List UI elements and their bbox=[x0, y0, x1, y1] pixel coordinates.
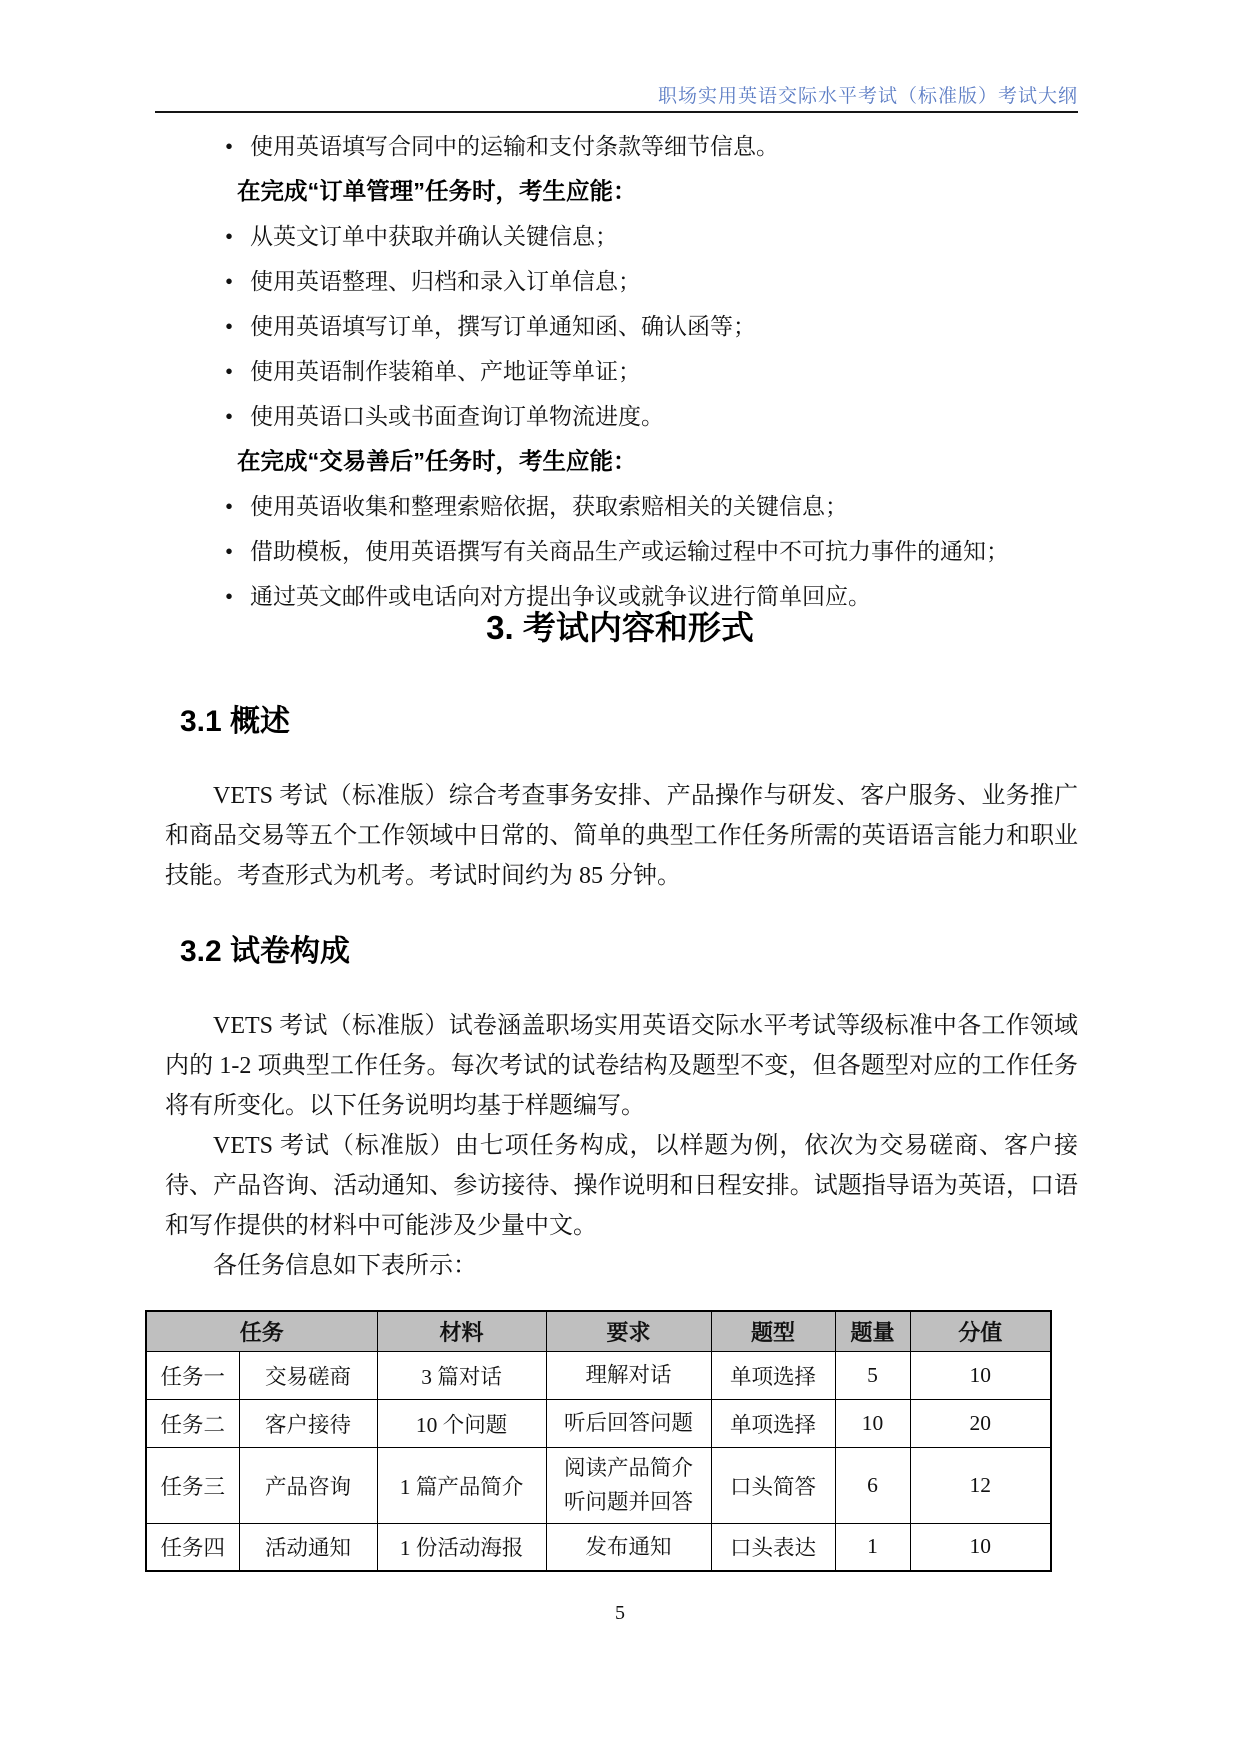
cell-material: 10 个问题 bbox=[377, 1399, 546, 1447]
subsection-title-3-1: 3.1 概述 bbox=[180, 696, 290, 740]
cell-question-type: 单项选择 bbox=[711, 1399, 835, 1447]
cell-task-id: 任务一 bbox=[146, 1351, 239, 1399]
cell-task-id: 任务三 bbox=[146, 1447, 239, 1523]
paragraph-text: VETS 考试（标准版）综合考查事务安排、产品操作与研发、客户服务、业务推广和商… bbox=[165, 776, 1078, 896]
list-item: 借助模板，使用英语撰写有关商品生产或运输过程中不可抗力事件的通知； bbox=[165, 529, 1095, 574]
header-divider-rule bbox=[155, 111, 1078, 113]
list-item-text: 使用英语整理、归档和录入订单信息； bbox=[250, 269, 641, 294]
skills-list: 使用英语填写合同中的运输和支付条款等细节信息。 在完成“订单管理”任务时，考生应… bbox=[165, 124, 1095, 619]
cell-task-name: 交易磋商 bbox=[239, 1351, 377, 1399]
column-header-question-type: 题型 bbox=[711, 1311, 835, 1351]
cell-task-name: 客户接待 bbox=[239, 1399, 377, 1447]
list-item: 使用英语填写订单，撰写订单通知函、确认函等； bbox=[165, 304, 1095, 349]
paragraph-text: 各任务信息如下表所示： bbox=[165, 1246, 1078, 1286]
cell-score: 12 bbox=[910, 1447, 1051, 1523]
list-item: 使用英语收集和整理索赔依据，获取索赔相关的关键信息； bbox=[165, 484, 1095, 529]
cell-score: 10 bbox=[910, 1351, 1051, 1399]
list-item-text: 借助模板，使用英语撰写有关商品生产或运输过程中不可抗力事件的通知； bbox=[250, 539, 1009, 564]
cell-requirement: 发布通知 bbox=[546, 1523, 711, 1571]
page-number: 5 bbox=[0, 1602, 1240, 1625]
section-title: 3. 考试内容和形式 bbox=[0, 602, 1240, 649]
list-item-text: 使用英语填写合同中的运输和支付条款等细节信息。 bbox=[250, 134, 779, 159]
subsection-title-3-2: 3.2 试卷构成 bbox=[180, 926, 350, 970]
list-item-text: 从英文订单中获取并确认关键信息； bbox=[250, 224, 618, 249]
cell-score: 10 bbox=[910, 1523, 1051, 1571]
column-header-count: 题量 bbox=[835, 1311, 910, 1351]
list-item: 从英文订单中获取并确认关键信息； bbox=[165, 214, 1095, 259]
column-header-task: 任务 bbox=[146, 1311, 377, 1351]
cell-material: 1 份活动海报 bbox=[377, 1523, 546, 1571]
list-item-text: 使用英语制作装箱单、产地证等单证； bbox=[250, 359, 641, 384]
cell-count: 10 bbox=[835, 1399, 910, 1447]
cell-requirement: 理解对话 bbox=[546, 1351, 711, 1399]
task-info-table: 任务 材料 要求 题型 题量 分值 任务一 交易磋商 3 篇对话 理解对话 单项… bbox=[145, 1310, 1052, 1572]
list-item-text: 使用英语填写订单，撰写订单通知函、确认函等； bbox=[250, 314, 756, 339]
cell-count: 1 bbox=[835, 1523, 910, 1571]
cell-question-type: 单项选择 bbox=[711, 1351, 835, 1399]
column-header-material: 材料 bbox=[377, 1311, 546, 1351]
column-header-requirement: 要求 bbox=[546, 1311, 711, 1351]
list-group-heading: 在完成“订单管理”任务时，考生应能： bbox=[165, 169, 1095, 214]
list-item: 使用英语制作装箱单、产地证等单证； bbox=[165, 349, 1095, 394]
cell-task-id: 任务四 bbox=[146, 1523, 239, 1571]
document-page: 职场实用英语交际水平考试（标准版）考试大纲 使用英语填写合同中的运输和支付条款等… bbox=[0, 0, 1240, 1753]
cell-question-type: 口头简答 bbox=[711, 1447, 835, 1523]
cell-material: 3 篇对话 bbox=[377, 1351, 546, 1399]
cell-task-id: 任务二 bbox=[146, 1399, 239, 1447]
list-item: 使用英语整理、归档和录入订单信息； bbox=[165, 259, 1095, 304]
table-row: 任务三 产品咨询 1 篇产品简介 阅读产品简介 听问题并回答 口头简答 6 12 bbox=[146, 1447, 1051, 1523]
structure-paragraphs: VETS 考试（标准版）试卷涵盖职场实用英语交际水平考试等级标准中各工作领域内的… bbox=[165, 1006, 1078, 1286]
list-item: 使用英语填写合同中的运输和支付条款等细节信息。 bbox=[165, 124, 1095, 169]
cell-task-name: 产品咨询 bbox=[239, 1447, 377, 1523]
overview-paragraph: VETS 考试（标准版）综合考查事务安排、产品操作与研发、客户服务、业务推广和商… bbox=[165, 776, 1078, 896]
cell-count: 6 bbox=[835, 1447, 910, 1523]
list-item-text: 使用英语口头或书面查询订单物流进度。 bbox=[250, 404, 664, 429]
list-group-heading: 在完成“交易善后”任务时，考生应能： bbox=[165, 439, 1095, 484]
cell-score: 20 bbox=[910, 1399, 1051, 1447]
table-row: 任务一 交易磋商 3 篇对话 理解对话 单项选择 5 10 bbox=[146, 1351, 1051, 1399]
list-item-text: 使用英语收集和整理索赔依据，获取索赔相关的关键信息； bbox=[250, 494, 848, 519]
running-header-title: 职场实用英语交际水平考试（标准版）考试大纲 bbox=[658, 81, 1078, 108]
table-row: 任务四 活动通知 1 份活动海报 发布通知 口头表达 1 10 bbox=[146, 1523, 1051, 1571]
cell-requirement: 听后回答问题 bbox=[546, 1399, 711, 1447]
cell-task-name: 活动通知 bbox=[239, 1523, 377, 1571]
cell-count: 5 bbox=[835, 1351, 910, 1399]
cell-requirement: 阅读产品简介 听问题并回答 bbox=[546, 1447, 711, 1523]
list-item: 使用英语口头或书面查询订单物流进度。 bbox=[165, 394, 1095, 439]
cell-question-type: 口头表达 bbox=[711, 1523, 835, 1571]
table-row: 任务二 客户接待 10 个问题 听后回答问题 单项选择 10 20 bbox=[146, 1399, 1051, 1447]
table-header-row: 任务 材料 要求 题型 题量 分值 bbox=[146, 1311, 1051, 1351]
paragraph-text: VETS 考试（标准版）由七项任务构成，以样题为例，依次为交易磋商、客户接待、产… bbox=[165, 1126, 1078, 1246]
column-header-score: 分值 bbox=[910, 1311, 1051, 1351]
paragraph-text: VETS 考试（标准版）试卷涵盖职场实用英语交际水平考试等级标准中各工作领域内的… bbox=[165, 1006, 1078, 1126]
cell-material: 1 篇产品简介 bbox=[377, 1447, 546, 1523]
